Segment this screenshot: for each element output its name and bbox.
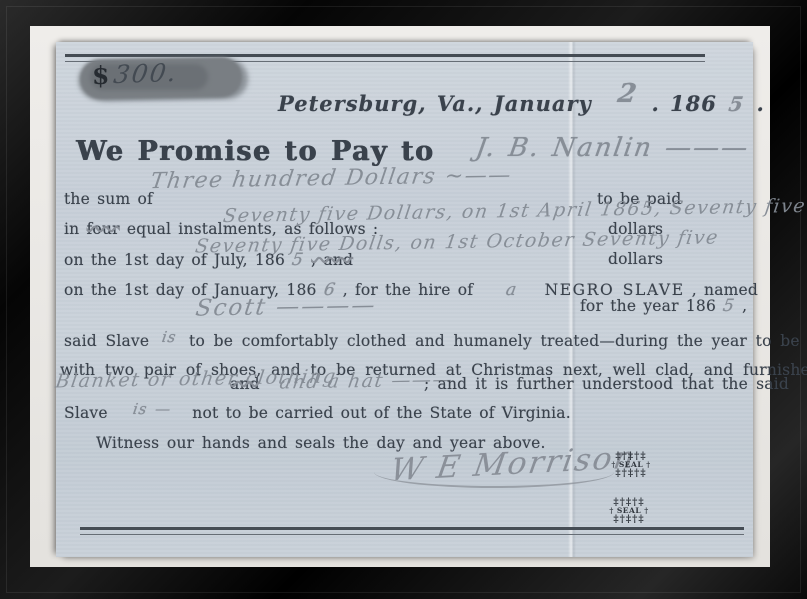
instalments-in: in [64,220,79,238]
instalments-four-overwritten: four [86,220,119,238]
virginia-line: Slave is — not to be carried out of the … [64,404,571,422]
seal-ornament-1: ‡†‡†‡ † SEAL † ‡†‡†‡ [604,452,658,478]
virginia-printed: not to be carried out of the State of Vi… [192,404,571,422]
amount-handwritten: 300. [112,58,180,89]
july-year-handwritten: 5 [291,250,306,270]
understood-clause: ; and it is further understood that the … [424,375,789,393]
paper-mat-edge: $ 300. Petersburg, Va., January 2 . 186 … [30,26,770,567]
dateline-period: . [756,91,764,116]
promissory-note-document: $ 300. Petersburg, Va., January 2 . 186 … [56,42,753,557]
payee-handwritten: J. B. Nanlin ——— [473,133,751,163]
amount-stamp: $ 300. [80,58,242,98]
promise-printed-blackletter: We Promise to Pay to [76,136,434,167]
seal-row: ‡†‡†‡ [602,515,656,524]
clothed-printed-a: said Slave [64,332,149,350]
year-right-comma: , [742,297,747,315]
article-handwritten: a [505,280,519,300]
dollar-sign: $ [92,61,109,90]
july-printed-a: on the 1st day of July, 186 [64,251,285,269]
year-digit-handwritten: 5 [727,92,746,116]
year-right-handwritten: 5 [722,296,737,316]
year-right-line: for the year 186 5 , [580,296,747,316]
bottom-rule [80,527,744,535]
sum-label: the sum of [64,190,153,208]
dateline-year-printed: . 186 [651,91,716,116]
slave-name-handwritten: Scott ———— [194,292,378,321]
year-right-printed: for the year 186 [580,297,716,315]
dateline: Petersburg, Va., January 2 . 186 5 . [278,88,765,118]
day-handwritten: 2 [616,79,640,109]
sum-handwritten: Three hundred Dollars ~—— [149,163,514,194]
is-handwritten-2: is — [131,400,172,418]
seal-row: ‡†‡†‡ [604,469,658,478]
dollars-word-2: dollars [608,250,663,268]
clothed-printed-b: to be comfortably clothed and humanely t… [189,332,807,350]
clothed-clause: said Slave is to be comfortably clothed … [64,332,807,350]
promise-line: We Promise to Pay to J. B. Nanlin ——— [76,136,749,167]
july-line: on the 1st day of July, 186 5 , and [64,250,353,270]
dateline-place: Petersburg, Va., January [278,91,592,116]
signature-flourish [374,456,614,488]
july-printed-and: , and [311,251,353,269]
framed-document-photo: $ 300. Petersburg, Va., January 2 . 186 … [0,0,807,599]
and-printed-overwritten: and [230,375,260,393]
slave-printed-2: Slave [64,404,108,422]
is-handwritten-1: is [160,328,177,346]
seal-ornament-2: ‡†‡†‡ † SEAL † ‡†‡†‡ [602,498,656,524]
